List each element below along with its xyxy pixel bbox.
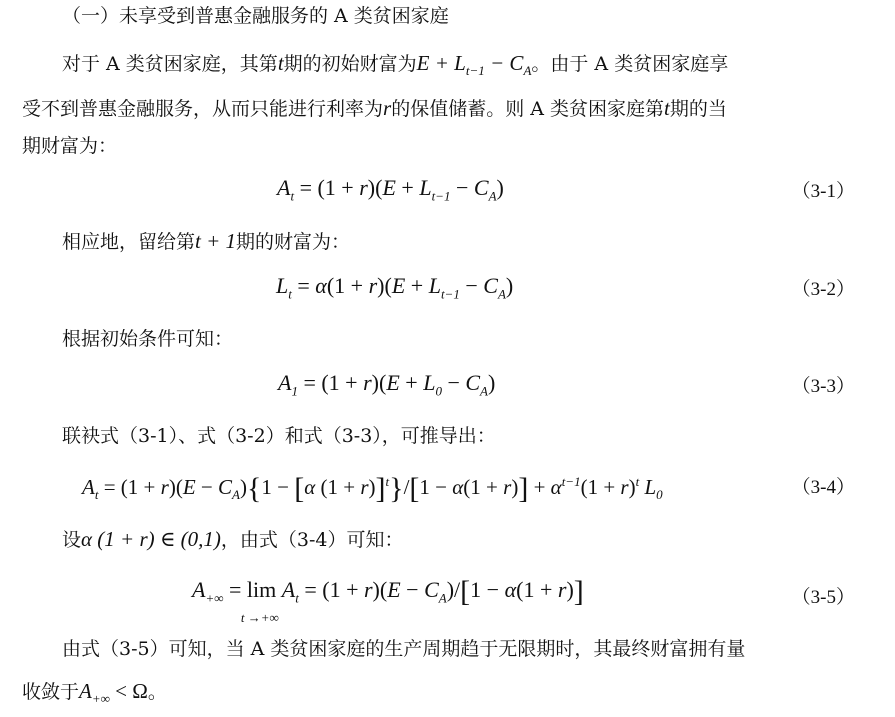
- math-alpha-interval: α (1 + r) ∈ (0,1): [81, 527, 221, 551]
- text: 期财富为：: [22, 135, 117, 157]
- conclusion-line-2: 收敛于A+∞ < Ω。: [22, 679, 167, 711]
- equation-3-1: At = (1 + r)(E + Lt−1 − CA): [277, 173, 504, 211]
- text: 设: [62, 529, 81, 551]
- text: 对于 A 类贫困家庭，其第: [62, 53, 278, 75]
- text: 期的当: [670, 98, 727, 120]
- math-subscript: +∞: [92, 691, 110, 706]
- paragraph-1-line-2: 受不到普惠金融服务，从而只能进行利率为r的保值储蓄。则 A 类贫困家庭第t期的当: [22, 96, 727, 121]
- math-t-plus-1: t + 1: [195, 229, 236, 253]
- text: 联袂式（3-1）、式（3-2）和式（3-3），可推导出：: [62, 425, 496, 447]
- math-var-r: r: [383, 96, 391, 120]
- paragraph-1-line-1: 对于 A 类贫困家庭，其第t期的初始财富为E + Lt−1 − CA。由于 A …: [62, 51, 728, 83]
- equation-number-3-1: （3-1）: [792, 176, 855, 203]
- text: 。由于 A 类贫困家庭享: [531, 53, 728, 75]
- math-base: A: [79, 679, 92, 703]
- conclusion-line-1: 由式（3-5）可知，当 A 类贫困家庭的生产周期趋于无限期时，其最终财富拥有量: [62, 637, 745, 661]
- equation-number-3-5: （3-5）: [792, 582, 855, 609]
- text: 根据初始条件可知：: [62, 328, 233, 350]
- text: 相应地，留给第: [62, 231, 195, 253]
- text: ，由式（3-4）可知：: [221, 529, 404, 551]
- text-after-eq-3-3: 联袂式（3-1）、式（3-2）和式（3-3），可推导出：: [62, 424, 496, 448]
- text: 期的初始财富为: [284, 53, 417, 75]
- equation-number-3-3: （3-3）: [792, 371, 855, 398]
- equation-3-2: Lt = α(1 + r)(E + Lt−1 − CA): [276, 271, 513, 309]
- equation-3-5: A+∞ = limt →+∞ At = (1 + r)(E − CA)/[1 −…: [192, 575, 584, 613]
- text-after-eq-3-1: 相应地，留给第t + 1期的财富为：: [62, 229, 350, 254]
- text: 收敛于: [22, 681, 79, 703]
- equation-number-3-4: （3-4）: [792, 472, 855, 499]
- text: 受不到普惠金融服务，从而只能进行利率为: [22, 98, 383, 120]
- text-after-eq-3-2: 根据初始条件可知：: [62, 327, 233, 351]
- text: 的保值储蓄。则 A 类贫困家庭第: [391, 98, 664, 120]
- text: 。: [148, 681, 167, 703]
- math-initial-wealth: E + Lt−1 − CA: [417, 51, 532, 75]
- equation-3-4: At = (1 + r)(E − CA){1 − [α (1 + r)]t}/[…: [82, 467, 663, 510]
- text: 期的财富为：: [236, 231, 350, 253]
- text: 由式（3-5）可知，当 A 类贫困家庭的生产周期趋于无限期时，其最终财富拥有量: [62, 638, 745, 660]
- paragraph-1-line-3: 期财富为：: [22, 134, 117, 158]
- equation-3-3: A1 = (1 + r)(E + L0 − CA): [278, 368, 495, 406]
- limit-operator: limt →+∞: [247, 575, 276, 605]
- math-rest: < Ω: [110, 679, 148, 703]
- text-after-eq-3-4: 设α (1 + r) ∈ (0,1)，由式（3-4）可知：: [62, 527, 404, 552]
- section-heading: （一）未享受到普惠金融服务的 A 类贫困家庭: [62, 4, 449, 28]
- section-heading-text: （一）未享受到普惠金融服务的 A 类贫困家庭: [62, 5, 449, 27]
- equation-number-3-2: （3-2）: [792, 274, 855, 301]
- math-a-infinity: A+∞ < Ω: [79, 679, 148, 703]
